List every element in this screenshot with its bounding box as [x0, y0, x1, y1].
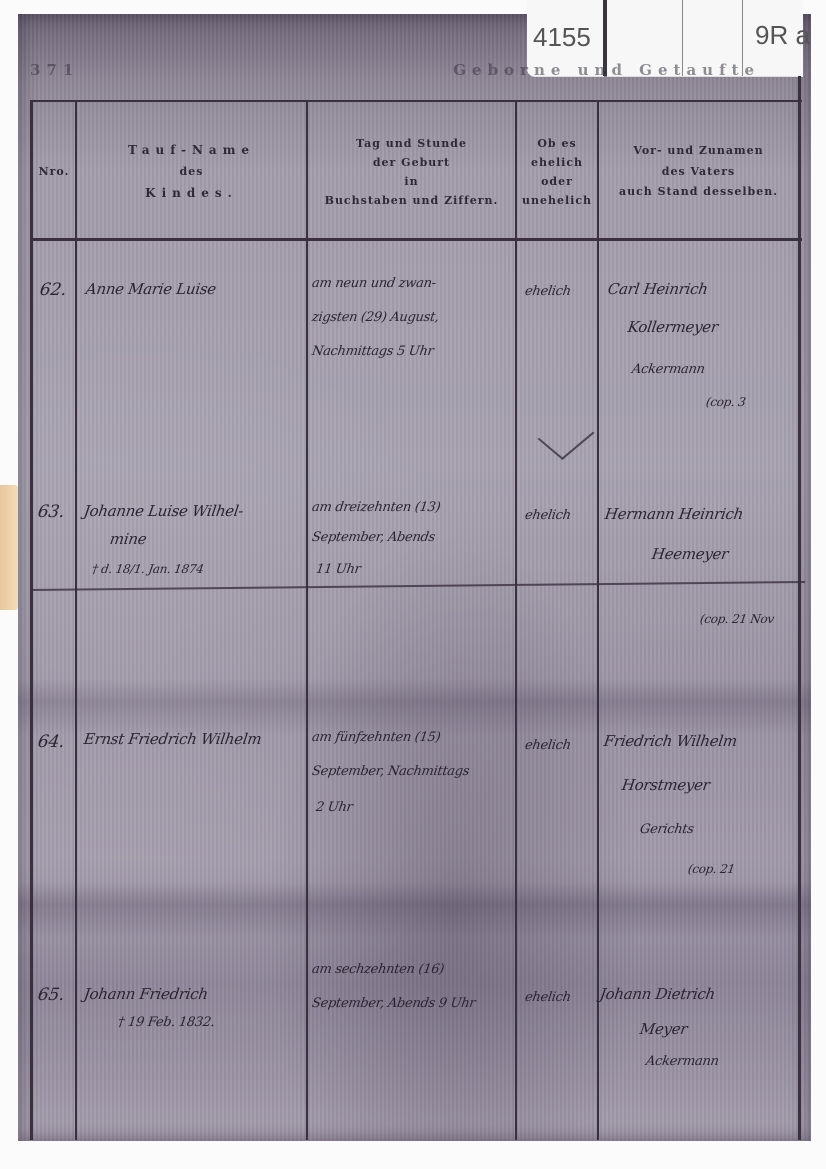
tape-strip [0, 485, 18, 610]
legitimacy: ehelich [524, 990, 572, 1005]
birth-date-line: zigsten (29) August, [311, 310, 440, 325]
child-name: Ernst Friedrich Wilhelm [83, 730, 263, 748]
column-header-nro: Nro. [33, 108, 75, 236]
column-header-name: Tauf-Name des Kindes. [77, 108, 306, 236]
archive-code: 9R a [755, 20, 810, 51]
page-title: Geborne und Getaufte [453, 61, 760, 79]
entry-number: 65. [37, 985, 66, 1005]
birth-date-line: September, Abends [311, 530, 436, 545]
copulation-note: (cop. 21 [687, 862, 736, 876]
child-name: Johanne Luise Wilhel- [83, 502, 245, 520]
page-number: 371 [30, 61, 79, 79]
header-bottom-rule [30, 238, 802, 241]
birth-date-line: Nachmittags 5 Uhr [311, 344, 435, 359]
column-divider [597, 100, 599, 1140]
death-note: † 19 Feb. 1832. [117, 1015, 216, 1030]
table-top-rule [30, 100, 802, 102]
table-right-border [798, 76, 801, 1140]
birth-date-line: 11 Uhr [315, 562, 362, 577]
table-left-border [30, 100, 33, 1140]
entry-number: 62. [39, 280, 68, 300]
father-occupation: Gerichts [639, 822, 695, 837]
legitimacy: ehelich [524, 284, 572, 299]
father-name: Carl Heinrich [607, 280, 709, 298]
copulation-note: (cop. 3 [705, 395, 746, 409]
father-name: Hermann Heinrich [604, 505, 745, 523]
column-divider [515, 100, 517, 1140]
father-surname: Horstmeyer [621, 776, 711, 794]
birth-date-line: September, Nachmittags [311, 764, 470, 779]
birth-date-line: am fünfzehnten (15) [311, 730, 441, 745]
child-name-cont: mine [109, 530, 148, 548]
child-name: Johann Friedrich [83, 985, 209, 1003]
column-header-legitimacy: Ob es ehelich oder unehelich [517, 108, 597, 236]
birth-date-line: am sechzehnten (16) [311, 962, 445, 977]
column-header-birth: Tag und Stunde der Geburt in Buchstaben … [308, 108, 515, 236]
legitimacy: ehelich [524, 738, 572, 753]
archive-number: 4155 [533, 22, 591, 53]
father-occupation: Ackermann [631, 362, 706, 377]
birth-date-line: 2 Uhr [315, 800, 354, 815]
entry-number: 64. [37, 732, 66, 752]
birth-date-line: am dreizehnten (13) [311, 500, 441, 515]
father-name: Friedrich Wilhelm [603, 732, 738, 750]
column-header-father: Vor- und Zunamen des Vaters auch Stand d… [599, 108, 798, 236]
column-divider [75, 100, 77, 1140]
column-divider [306, 100, 308, 1140]
birth-date-line: September, Abends 9 Uhr [311, 996, 476, 1011]
child-name: Anne Marie Luise [85, 280, 217, 298]
father-occupation: Ackermann [645, 1054, 720, 1069]
page-header: 371 Geborne und Getaufte [30, 56, 800, 84]
birth-date-line: am neun und zwan- [311, 276, 437, 291]
legitimacy: ehelich [524, 508, 572, 523]
father-surname: Meyer [639, 1020, 689, 1038]
father-name: Johann Dietrich [599, 985, 717, 1003]
father-surname: Heemeyer [651, 545, 730, 563]
father-surname: Kollermeyer [627, 318, 719, 336]
death-note: † d. 18/1. Jan. 1874 [91, 562, 205, 576]
copulation-note: (cop. 21 Nov [699, 612, 775, 626]
entry-number: 63. [37, 502, 66, 522]
